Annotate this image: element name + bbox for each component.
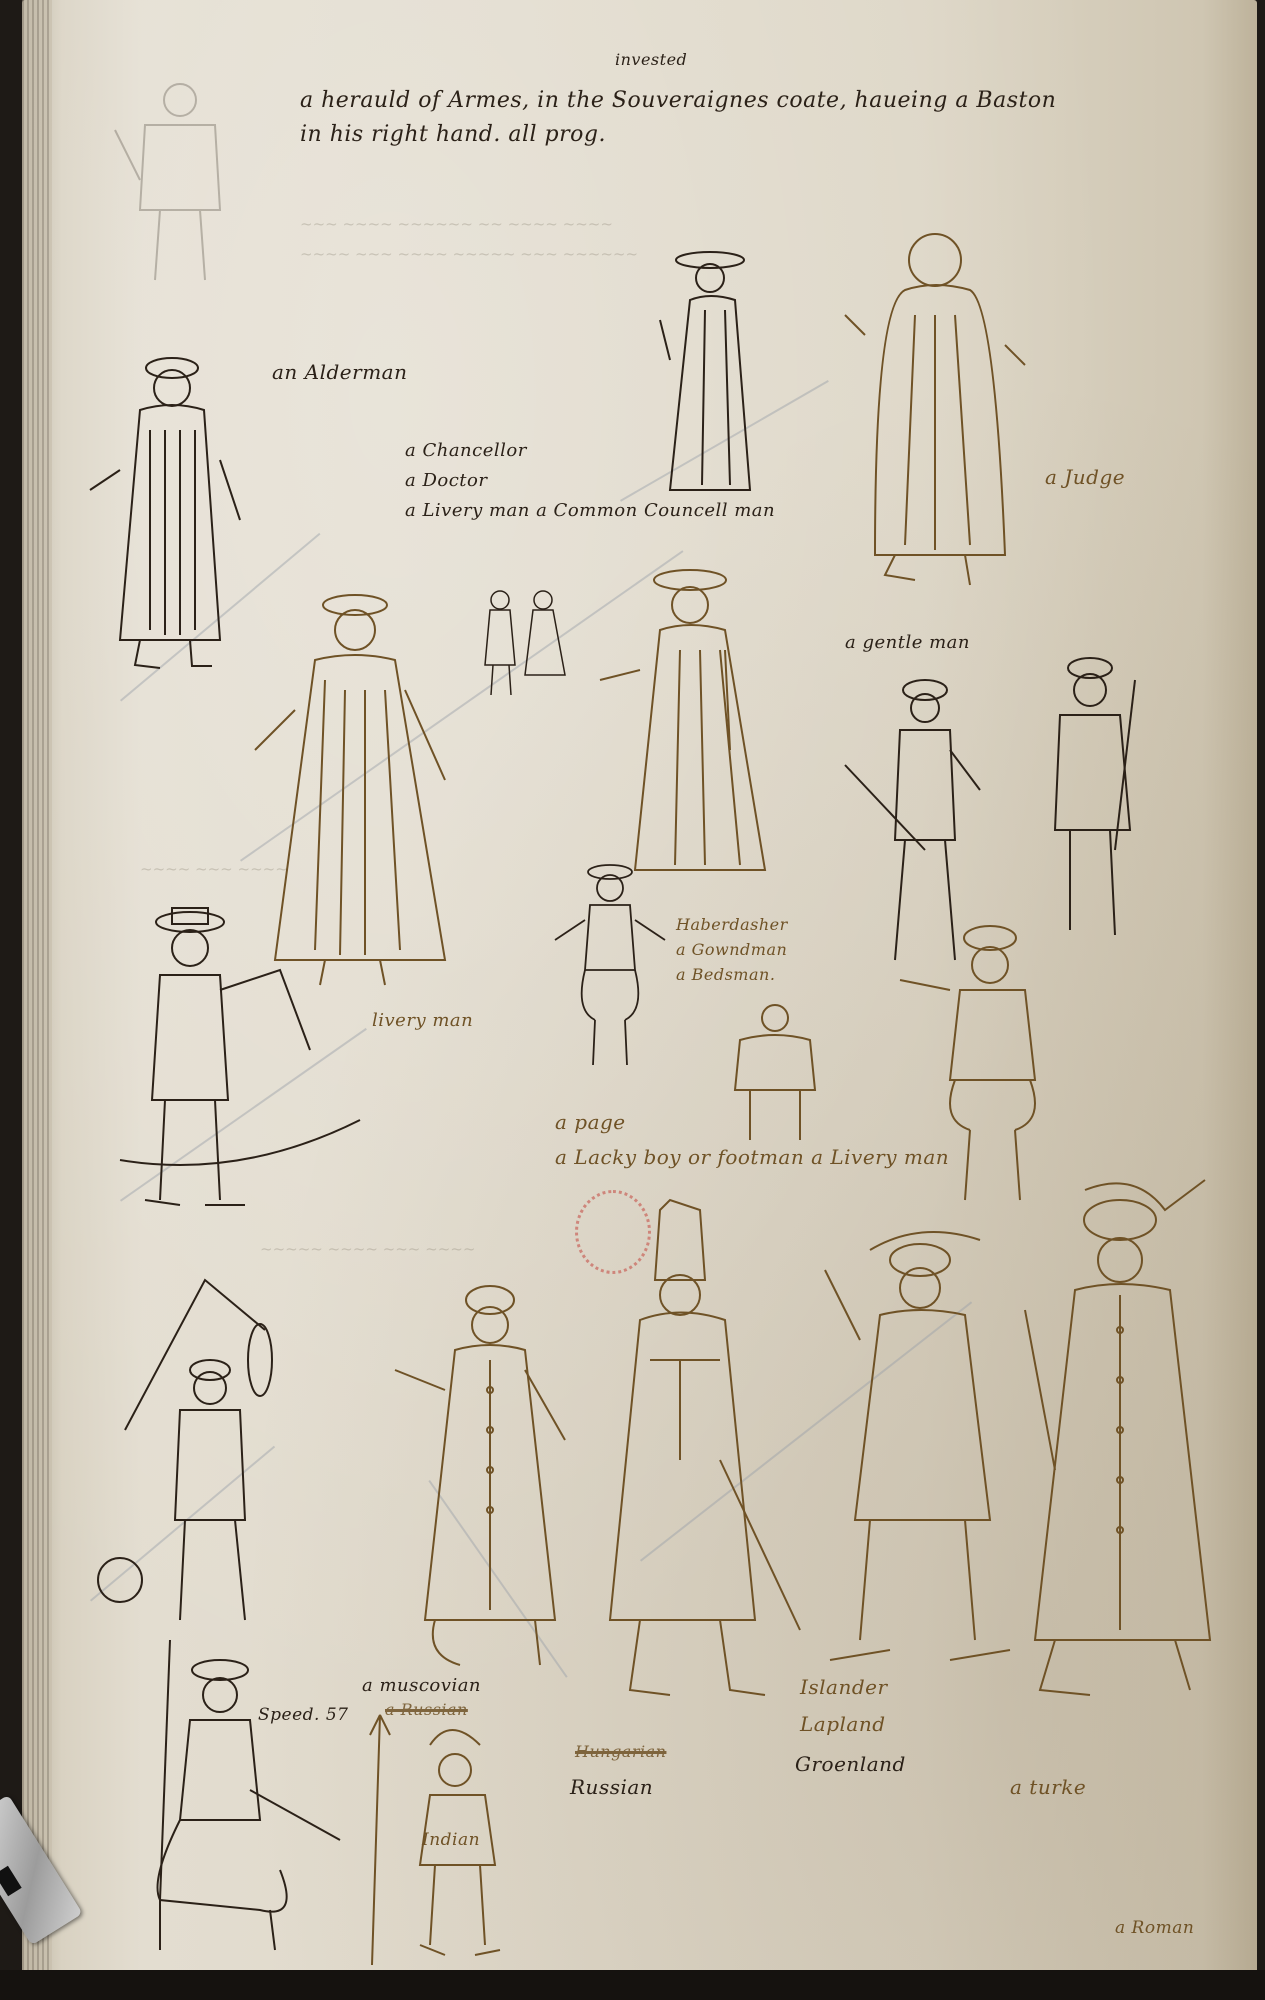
caption-insertion: invested — [615, 50, 687, 69]
figure-gownman — [600, 560, 800, 890]
figure-judge — [835, 225, 1035, 595]
caption-chancellor: a Chancellor — [405, 440, 527, 461]
caption-russian: Russian — [570, 1775, 653, 1799]
caption-alderman: an Alderman — [272, 360, 407, 384]
figure-flail-man — [95, 1270, 295, 1650]
caption-doctor: a Doctor — [405, 470, 487, 491]
caption-muscovian: a muscovian — [362, 1675, 481, 1696]
figure-page — [720, 1000, 830, 1150]
caption-gownman: a Gowndman — [676, 940, 787, 959]
library-stamp — [575, 1190, 651, 1274]
figure-herald — [105, 70, 255, 290]
caption-turke: a turke — [1010, 1775, 1086, 1799]
figure-chancellor — [640, 240, 780, 500]
figure-muscovian — [365, 1280, 575, 1680]
figure-russian — [570, 1200, 800, 1710]
caption-russian-struck: Hungarian — [575, 1742, 666, 1761]
bleed-through-text: ~~~ ~~~~ ~~~~~~ ~~ ~~~~ ~~~~ — [300, 215, 613, 233]
figure-soldier — [110, 900, 370, 1230]
bleed-through-text: ~~~~~ ~~~~ ~~~ ~~~~ — [260, 1240, 475, 1258]
figure-hunter — [100, 1640, 360, 1960]
caption-muscovian-struck: a Russian — [385, 1700, 468, 1719]
caption-lackey-livery: a Lacky boy or footman a Livery man — [555, 1145, 949, 1169]
figure-haberdasher-boy — [545, 860, 675, 1075]
clip-slot — [0, 1866, 22, 1897]
caption-groenland: Groenland — [795, 1752, 906, 1776]
scan-background — [0, 1970, 1265, 2000]
caption-judge: a Judge — [1045, 465, 1125, 489]
caption-page: a page — [555, 1110, 626, 1134]
page-stack-edge — [22, 0, 52, 1975]
caption-livery-common-councell: a Livery man a Common Councell man — [405, 500, 775, 521]
caption-haberdasher: Haberdasher — [676, 915, 788, 934]
caption-gentleman: a gentle man — [845, 632, 970, 653]
caption-indian: Indian — [422, 1830, 480, 1850]
figure-turke — [995, 1170, 1225, 1710]
figure-gentleman-2 — [1015, 650, 1165, 950]
bleed-through-text: ~~~~ ~~~ ~~~~ ~~~~~ ~~~ ~~~~~~ — [300, 245, 638, 263]
caption-herald-line2: in his right hand. all prog. — [300, 122, 606, 147]
caption-islander: Islander — [800, 1675, 888, 1699]
caption-livery-man: livery man — [372, 1010, 473, 1031]
caption-roman: a Roman — [1115, 1918, 1194, 1938]
caption-lapland: Lapland — [800, 1712, 886, 1736]
caption-herald-line1: a herauld of Armes, in the Souveraignes … — [300, 88, 1056, 113]
figure-couple — [465, 585, 585, 705]
caption-speed-reference: Speed. 57 — [258, 1705, 348, 1725]
caption-bedsman: a Bedsman. — [676, 965, 775, 984]
